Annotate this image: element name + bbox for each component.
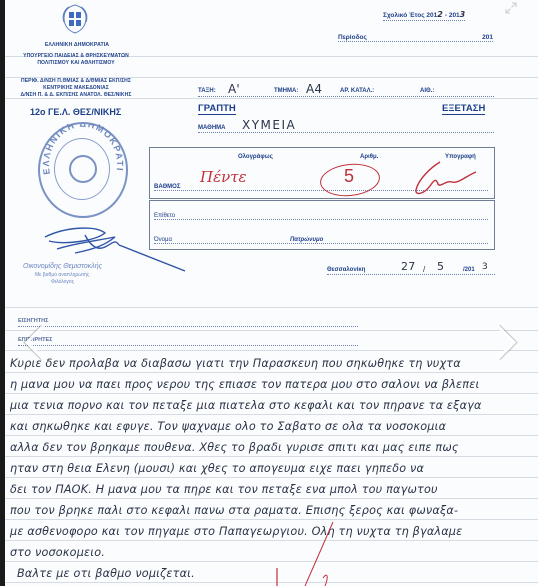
proctors-line [18,337,358,346]
in-number-label: Αριθμ. [360,154,378,160]
answer-line: που τον βρηκε παλι στο κεφαλι πανω στα ρ… [10,504,458,517]
teacher-signature-icon [400,158,480,198]
grade-box: Ολογράφως Αριθμ. Υπογραφή ΒΑΘΜΟΣ Πέντε 5 [149,147,495,199]
paper-rule [5,307,538,308]
answer-line: αλλα δεν τον βρηκαμε πουθενα. Χθες το βρ… [10,441,459,454]
school-year-end-digit: 3 [460,10,466,19]
signatory-role-1: Με βαθμό αναπληρωτής [35,272,89,278]
school-name: 12ο ΓΕ.Λ. ΘΕΣ/ΝΙΚΗΣ [30,107,121,117]
date-separator: / [423,265,425,274]
grade-label: ΒΑΘΜΟΣ [154,184,180,190]
answer-line: Βαλτε με οτι βαθμο νομιζεται. [17,567,195,580]
expand-icon[interactable] [505,2,517,14]
signatory-role-2: Φιλόλογος [51,279,74,285]
section-value: Α4 [306,82,322,96]
ministry-line-1: ΥΠΟΥΡΓΕΙΟ ΠΑΙΔΕΙΑΣ & ΘΡΗΣΚΕΥΜΑΤΩΝ [13,53,139,59]
department-line-3: Δ/ΝΣΗ Π. & Δ. ΕΚΠ/ΣΗΣ ΑΝΑΤΟΛ. ΘΕΣ/ΝΙΚΗΣ [13,92,139,98]
class-info-row: ΤΑΞΗ: Α' ΤΜΗΜΑ: Α4 ΑΡ. ΚΑΤΑΛ.: ΑΙΘ.: [198,84,494,97]
answer-line: η μανα μου να παει προς νερου της επιασε… [10,378,479,391]
examiner-label: ΕΙΣΗΓΗΤΗΣ [18,318,48,324]
in-words-label: Ολογράφως [238,154,273,160]
answer-line: με ασθενοφορο και τον πηγαμε στο Παπαγεω… [10,525,462,538]
subject-label: ΜΑΘΗΜΑ [198,125,226,131]
answer-line: και σηκωθηκε και εφυγε. Τον ψαχναμε ολο … [10,420,446,433]
teacher-mark-icon [265,520,365,586]
roll-number-label: ΑΡ. ΚΑΤΑΛ.: [340,88,374,94]
paper-rule [5,414,538,415]
student-box: Επίθετο Όνομα Πατρώνυμο [149,200,495,250]
paper-rule [5,435,538,436]
seal-text-arc: ΕΛΛΗΝΙΚΗ ΔΗΜΟΚΡΑΤΙΑ [40,124,126,216]
subject-value: ΧΥΜΕΙΑ [242,118,296,132]
surname-line [154,211,488,220]
period-value: 201 [482,34,493,41]
seal-text: ΕΛΛΗΝΙΚΗ ΔΗΜΟΚΡΑΤΙΑ [40,124,125,175]
section-label: ΤΜΗΜΑ: [274,88,298,94]
paper-rule [5,98,538,99]
ministry-line-2: ΠΟΛΙΤΙΣΜΟΥ ΚΑΙ ΑΘΛΗΤΙΣΜΟΥ [13,60,139,66]
date-year-prefix: /201 [463,267,475,273]
republic-label: ΕΛΛΗΝΙΚΗ ΔΗΜΟΚΡΑΤΙΑ [27,42,127,48]
department-line-2: ΚΕΝΤΡΙΚΗΣ ΜΑΚΕΔΟΝΙΑΣ [13,85,139,91]
subject-row: ΜΑΘΗΜΑ ΧΥΜΕΙΑ [198,120,494,133]
exam-label: ΕΞΕΤΑΣΗ [442,103,485,115]
greek-emblem-icon [61,4,89,34]
date-year-digit: 3 [482,262,488,272]
paper-rule [5,456,538,457]
answer-line: ηταν στη θεια Ελενη (μουσι) και χθες το … [10,462,424,475]
department-line-1: ΠΕΡΙΦ. Δ/ΝΣΗ Π.ΘΜΙΑΣ & Δ/ΘΜΙΑΣ ΕΚΠ/ΣΗΣ [13,78,139,84]
paper-rule [5,350,538,351]
period-field: Περίοδος 201 [338,34,493,42]
grade-in-words: Πέντε [200,168,247,186]
written-label: ΓΡΑΠΤΗ [198,103,236,115]
paper-rule [5,498,538,499]
class-label: ΤΑΞΗ: [198,88,216,94]
exam-paper: ΕΛΛΗΝΙΚΗ ΔΗΜΟΚΡΑΤΙΑ ΥΠΟΥΡΓΕΙΟ ΠΑΙΔΕΙΑΣ &… [5,0,538,586]
date-day: 27 [401,260,415,273]
school-year-label: Σχολικό Έτος 201 [383,12,437,19]
paper-rule [5,393,538,394]
date-month: 5 [437,260,444,273]
school-year: Σχολικό Έτος 2012 - 2013 [383,10,465,21]
date-field: Θεσσαλονίκη 27 / 5 /201 3 [327,262,495,275]
grade-in-number: 5 [344,166,354,187]
examiner-line [18,318,358,327]
paper-rule [5,477,538,478]
svg-text:ΕΛΛΗΝΙΚΗ ΔΗΜΟΚΡΑΤΙΑ: ΕΛΛΗΝΙΚΗ ΔΗΜΟΚΡΑΤΙΑ [40,124,125,175]
answer-line: μια τενια πορνο και τον πεταξε μια πιατε… [10,399,482,412]
school-year-separator: - 201 [443,12,460,19]
answer-line: Κυριε δεν προλαβα να διαβασω γιατι την Π… [10,357,461,370]
period-label: Περίοδος [338,34,367,41]
paper-rule [5,330,538,331]
school-seal: ΕΛΛΗΝΙΚΗ ΔΗΜΟΚΡΑΤΙΑ [38,122,128,218]
room-label: ΑΙΘ.: [420,88,434,94]
class-value: Α' [228,82,240,96]
answer-line: στο νοσοκομειο. [10,546,105,559]
signatory-name: Οικονομίδης Θεμιστοκλής [23,263,102,270]
paper-rule [5,372,538,373]
answer-line: δει τον ΠΑΟΚ. Η μανα μου τα πηρε και τον… [10,483,438,496]
father-name-label: Πατρώνυμο [290,237,323,243]
city-label: Θεσσαλονίκη [327,267,365,273]
